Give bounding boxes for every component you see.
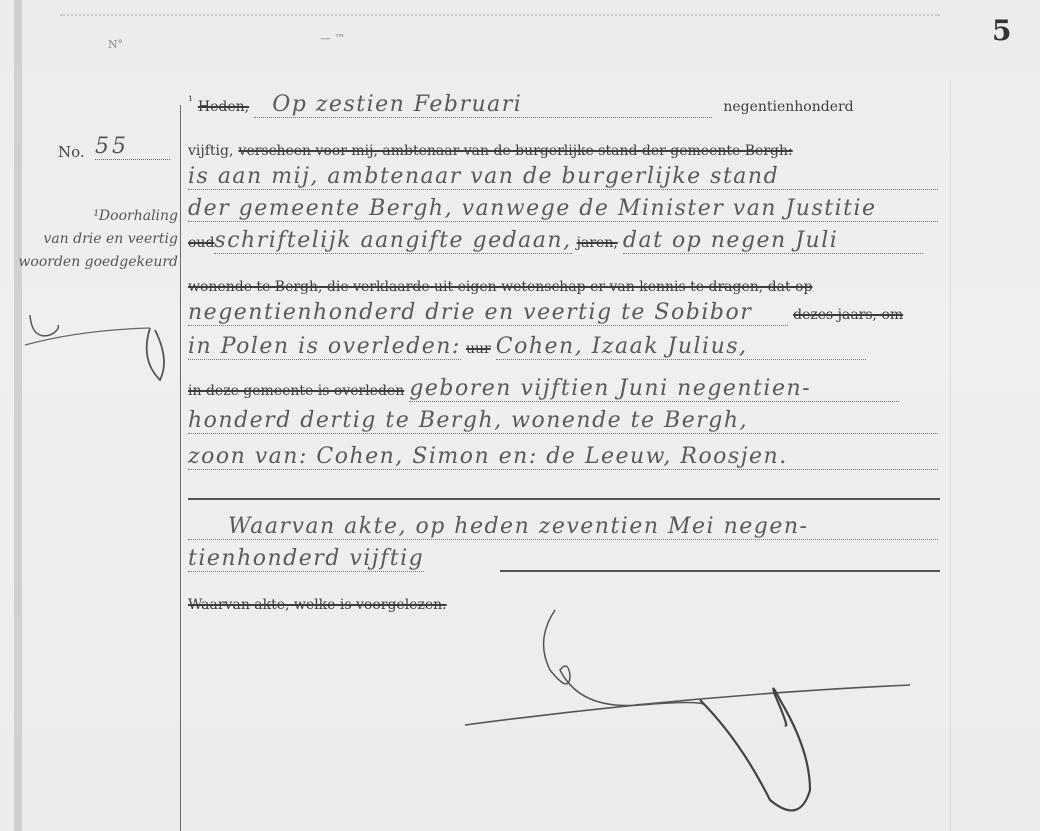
handwritten-text: zoon van: Cohen, Simon en: de Leeuw, Roo… — [188, 444, 938, 470]
record-line-8: in Polen is overleden: uur Cohen, Izaak … — [188, 334, 940, 364]
record-line-5: oudschriftelijk aangifte gedaan, jaren, … — [188, 228, 940, 258]
civil-record-page: N° — ™ 5 No. 55 ¹Doorhaling van drie en … — [0, 0, 1040, 831]
struck-text: dezes jaars, om — [793, 307, 903, 323]
page-binding-edge — [14, 0, 22, 831]
closing-rule — [188, 498, 940, 500]
annotation-marker: ¹ — [188, 94, 193, 108]
record-number: 55 — [95, 134, 170, 160]
margin-note-line: woorden goedgekeurd — [8, 251, 178, 274]
record-line-9: in deze gemeente is overleden geboren vi… — [188, 376, 940, 406]
handwritten-text: der gemeente Bergh, vanwege de Minister … — [188, 196, 938, 222]
struck-text: jaren, — [577, 235, 618, 251]
struck-text: uur — [466, 341, 491, 357]
record-line-3: is aan mij, ambtenaar van de burgerlijke… — [188, 164, 940, 194]
handwritten-name: Cohen, Izaak Julius, — [496, 334, 866, 360]
handwritten-date: Op zestien Februari — [254, 92, 712, 118]
margin-paraph-signature — [20, 300, 170, 390]
record-line-4: der gemeente Bergh, vanwege de Minister … — [188, 196, 940, 226]
handwritten-text: Waarvan akte, op heden zeventien Mei neg… — [188, 514, 938, 540]
fill-rule — [500, 570, 940, 572]
record-line-12: Waarvan akte, op heden zeventien Mei neg… — [188, 514, 940, 544]
margin-annotation: ¹Doorhaling van drie en veertig woorden … — [8, 205, 178, 274]
struck-text: verscheen voor mij, ambtenaar van de bur… — [239, 143, 793, 159]
record-line-10: honderd dertig te Bergh, wonende te Berg… — [188, 408, 940, 438]
record-line-7: negentienhonderd drie en veertig te Sobi… — [188, 300, 940, 330]
handwritten-text: dat op negen Juli — [623, 228, 923, 254]
handwritten-text: in Polen is overleden: — [188, 334, 461, 360]
printed-text: negentienhonderd — [723, 99, 853, 115]
printed-text: vijftig, — [188, 143, 233, 159]
margin-divider — [180, 105, 181, 831]
perforated-top-edge — [60, 0, 940, 16]
margin-note-line: van drie en veertig — [8, 228, 178, 251]
margin-note-line: ¹Doorhaling — [8, 205, 178, 228]
bleed-through-line — [950, 80, 951, 831]
struck-text: wonende te Bergh, die verklaarde uit eig… — [188, 279, 812, 295]
official-signature — [440, 600, 920, 830]
record-line-1: ¹ Heden, Op zestien Februari negentienho… — [188, 92, 940, 122]
record-line-11: zoon van: Cohen, Simon en: de Leeuw, Roo… — [188, 444, 940, 474]
struck-text: in deze gemeente is overleden — [188, 383, 404, 399]
struck-text: Waarvan akte, welke is voorgelezen. — [188, 597, 447, 613]
handwritten-text: geboren vijftien Juni negentien- — [409, 376, 899, 402]
struck-text: oud — [188, 235, 214, 251]
handwritten-text: schriftelijk aangifte gedaan, — [214, 228, 571, 254]
faint-header-mid: — ™ — [320, 32, 346, 45]
handwritten-text: is aan mij, ambtenaar van de burgerlijke… — [188, 164, 938, 190]
handwritten-text: tienhonderd vijftig — [188, 546, 424, 572]
handwritten-text: honderd dertig te Bergh, wonende te Berg… — [188, 408, 938, 434]
record-number-label: No. — [58, 143, 85, 161]
struck-text: Heden, — [198, 99, 249, 115]
page-number: 5 — [992, 14, 1011, 47]
handwritten-text: negentienhonderd drie en veertig te Sobi… — [188, 300, 788, 326]
faint-header-left: N° — [108, 38, 123, 51]
